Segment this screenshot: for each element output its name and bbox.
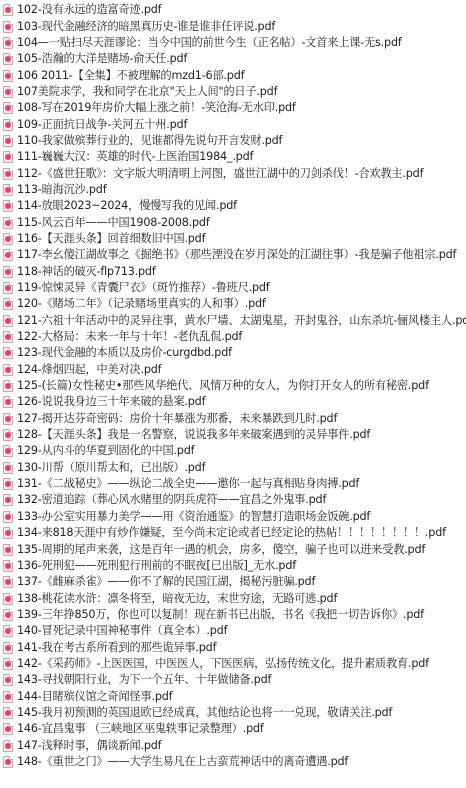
pdf-file-icon	[3, 217, 13, 229]
pdf-file-icon	[3, 102, 13, 114]
file-list-item[interactable]: 104—一贴扫尽天涯谬论：当今中国的前世今生（正名帖）-文首来上课-无s.pdf	[0, 35, 466, 51]
file-name: 104—一贴扫尽天涯谬论：当今中国的前世今生（正名帖）-文首来上课-无s.pdf	[17, 35, 402, 51]
pdf-file-icon	[3, 756, 13, 768]
file-list-item[interactable]: 117-李幺傻江湖故事之《掘绝书》（那些湮没在岁月深处的江湖往事）-我是骗子他祖…	[0, 247, 466, 263]
pdf-file-icon	[3, 135, 13, 147]
pdf-file-icon	[3, 593, 13, 605]
file-list-item[interactable]: 106 2011-【全集】不被理解的mzd1-6部.pdf	[0, 67, 466, 83]
file-list-item[interactable]: 115-风云百年——中国1908-2008.pdf	[0, 214, 466, 230]
file-list-item[interactable]: 109-正面抗日战争-关河五十州.pdf	[0, 116, 466, 132]
pdf-file-icon	[3, 740, 13, 752]
file-name: 141-我在考古系所看到的那些诡异事.pdf	[17, 640, 216, 656]
pdf-file-icon	[3, 86, 13, 98]
pdf-file-icon	[3, 249, 13, 261]
file-list-item[interactable]: 128-【天涯头条】我是一名警察，说说我多年来破案遇到的灵异事件.pdf	[0, 427, 466, 443]
file-list-item[interactable]: 107美院求学，我和同学在北京"天上人间"的日子.pdf	[0, 84, 466, 100]
file-list-item[interactable]: 135-周期的尾声来袭，这是百年一遇的机会，房多，傻空，骗子也可以进来受教.pd…	[0, 541, 466, 557]
file-list-item[interactable]: 137-《雌麻杀雀》——你不了解的民国江湖，揭秘污脏骗.pdf	[0, 574, 466, 590]
pdf-file-icon	[3, 347, 13, 359]
file-name: 102-没有永远的造富奇迹.pdf	[17, 2, 161, 18]
pdf-file-icon	[3, 266, 13, 278]
file-list: 102-没有永远的造富奇迹.pdf 103-现代金融经济的暗黑真历史-谁是谁非任…	[0, 2, 466, 770]
file-name: 136-死刑犯——死刑犯行刑前的不眠夜[已出版]_无水.pdf	[17, 558, 296, 574]
pdf-file-icon	[3, 233, 13, 245]
file-list-item[interactable]: 122-大格局：未来一年与十年！-老仇乱侃.pdf	[0, 329, 466, 345]
file-list-item[interactable]: 114-放眼2023~2024，慢慢写我的见闻.pdf	[0, 198, 466, 214]
pdf-file-icon	[3, 184, 13, 196]
file-name: 124-烽烟四起，中美对决.pdf	[17, 362, 161, 378]
file-list-item[interactable]: 134-来818天涯中有炒作嫌疑，至今尚未定论或者已经定论的热帖！！！！！！！！…	[0, 525, 466, 541]
file-name: 127-揭开达芬奇密码：房价十年暴涨为那番，未来暴跌到几时.pdf	[17, 411, 337, 427]
pdf-file-icon	[3, 4, 13, 16]
pdf-file-icon	[3, 544, 13, 556]
pdf-file-icon	[3, 527, 13, 539]
file-list-item[interactable]: 108-写在2019年房价大幅上涨之前！-笑沧海-无水印.pdf	[0, 100, 466, 116]
file-name: 144-目睹殡仪馆之奇闻怪事.pdf	[17, 689, 172, 705]
file-list-item[interactable]: 110-我家做殡葬行业的，见谁都得先说句开言发财.pdf	[0, 133, 466, 149]
file-list-item[interactable]: 102-没有永远的造富奇迹.pdf	[0, 2, 466, 18]
pdf-file-icon	[3, 413, 13, 425]
file-list-item[interactable]: 144-目睹殡仪馆之奇闻怪事.pdf	[0, 688, 466, 704]
file-list-item[interactable]: 131-《二战秘史》——纵论二战全史——邀你一起与真相贴身肉搏.pdf	[0, 476, 466, 492]
file-name: 103-现代金融经济的暗黑真历史-谁是谁非任评说.pdf	[17, 19, 275, 35]
file-name: 129-从内斗的华夏到固化的中国.pdf	[17, 443, 194, 459]
file-list-item[interactable]: 105-浩瀚的大洋是赌场-俞天任.pdf	[0, 51, 466, 67]
file-list-item[interactable]: 127-揭开达芬奇密码：房价十年暴涨为那番，未来暴跌到几时.pdf	[0, 411, 466, 427]
file-name: 111-巍巍大汉：英雄的时代-上医治国1984_.pdf	[17, 149, 253, 165]
pdf-file-icon	[3, 21, 13, 33]
file-list-item[interactable]: 118-神话的破灭-flp713.pdf	[0, 264, 466, 280]
file-list-item[interactable]: 111-巍巍大汉：英雄的时代-上医治国1984_.pdf	[0, 149, 466, 165]
pdf-file-icon	[3, 445, 13, 457]
pdf-file-icon	[3, 70, 13, 82]
file-list-item[interactable]: 126-说说我身边三十年来破的悬案.pdf	[0, 394, 466, 410]
file-list-item[interactable]: 136-死刑犯——死刑犯行刑前的不眠夜[已出版]_无水.pdf	[0, 558, 466, 574]
pdf-file-icon	[3, 396, 13, 408]
pdf-file-icon	[3, 511, 13, 523]
file-list-item[interactable]: 133-办公室实用暴力美学——用《资治通鉴》的智慧打造职场金饭碗.pdf	[0, 509, 466, 525]
pdf-file-icon	[3, 642, 13, 654]
pdf-file-icon	[3, 200, 13, 212]
file-list-item[interactable]: 116-【天涯头条】回首细数旧中国.pdf	[0, 231, 466, 247]
file-name: 130-川帮（原川帮太和，已出版）.pdf	[17, 460, 205, 476]
file-list-item[interactable]: 146-宜昌鬼事 （三峡地区巫鬼轶事记录整理）.pdf	[0, 721, 466, 737]
file-list-item[interactable]: 148-《重世之门》——大学生易凡在上古蛮荒神话中的离奇遭遇.pdf	[0, 754, 466, 770]
pdf-file-icon	[3, 380, 13, 392]
pdf-file-icon	[3, 609, 13, 621]
file-name: 125-(长篇)女性秘史•那些风华绝代、风情万种的女人，为你打开女人的所有秘密.…	[17, 378, 429, 394]
file-list-item[interactable]: 103-现代金融经济的暗黑真历史-谁是谁非任评说.pdf	[0, 18, 466, 34]
file-name: 121-六祖十年活动中的灵异往事，黄水尸墙、太湖鬼星，开封鬼谷，山东杀坑-俪风楼…	[17, 313, 466, 329]
pdf-file-icon	[3, 560, 13, 572]
file-list-item[interactable]: 139-三年挣850万，你也可以复制！现在新书已出版，书名《我把一切告诉你》.p…	[0, 607, 466, 623]
file-name: 147-浅释时事，偶谈新闻.pdf	[17, 738, 161, 754]
file-name: 116-【天涯头条】回首细数旧中国.pdf	[17, 231, 205, 247]
file-list-item[interactable]: 123-现代金融的本质以及房价-curgdbd.pdf	[0, 345, 466, 361]
pdf-file-icon	[3, 168, 13, 180]
file-name: 140-冒死记录中国神秘事件（真全本）.pdf	[17, 623, 227, 639]
file-list-item[interactable]: 124-烽烟四起，中美对决.pdf	[0, 362, 466, 378]
file-list-item[interactable]: 140-冒死记录中国神秘事件（真全本）.pdf	[0, 623, 466, 639]
file-list-item[interactable]: 130-川帮（原川帮太和，已出版）.pdf	[0, 460, 466, 476]
pdf-file-icon	[3, 625, 13, 637]
file-list-item[interactable]: 125-(长篇)女性秘史•那些风华绝代、风情万种的女人，为你打开女人的所有秘密.…	[0, 378, 466, 394]
file-list-item[interactable]: 112-《盛世狂歌》：文字版大明清明上河图，盛世江湖中的刀剑杀伐！-合欢教主.p…	[0, 165, 466, 181]
pdf-file-icon	[3, 576, 13, 588]
file-name: 114-放眼2023~2024，慢慢写我的见闻.pdf	[17, 198, 237, 214]
file-name: 110-我家做殡葬行业的，见谁都得先说句开言发财.pdf	[17, 133, 282, 149]
pdf-file-icon	[3, 658, 13, 670]
file-name: 128-【天涯头条】我是一名警察，说说我多年来破案遇到的灵异事件.pdf	[17, 427, 370, 443]
pdf-file-icon	[3, 315, 13, 327]
file-list-item[interactable]: 129-从内斗的华夏到固化的中国.pdf	[0, 443, 466, 459]
file-list-item[interactable]: 113-暗海沉沙.pdf	[0, 182, 466, 198]
file-name: 122-大格局：未来一年与十年！-老仇乱侃.pdf	[17, 329, 242, 345]
pdf-file-icon	[3, 298, 13, 310]
file-name: 134-来818天涯中有炒作嫌疑，至今尚未定论或者已经定论的热帖！！！！！！！！…	[17, 525, 446, 541]
pdf-file-icon	[3, 37, 13, 49]
file-name: 146-宜昌鬼事 （三峡地区巫鬼轶事记录整理）.pdf	[17, 721, 264, 737]
file-name: 143-寻找朝阳行业，为下一个五年、十年做储备.pdf	[17, 672, 271, 688]
pdf-file-icon	[3, 674, 13, 686]
pdf-file-icon	[3, 494, 13, 506]
file-list-item[interactable]: 120-《赌场二年》（记录赌场里真实的人和事）.pdf	[0, 296, 466, 312]
file-name: 119-惊悚灵异《青囊尸衣》（斑竹推荐）-鲁班尺.pdf	[17, 280, 270, 296]
file-list-item[interactable]: 121-六祖十年活动中的灵异往事，黄水尸墙、太湖鬼星，开封鬼谷，山东杀坑-俪风楼…	[0, 313, 466, 329]
file-name: 145-我月初预测的英国退欧已经成真，其他结论也将一一兑现，敬请关注.pdf	[17, 705, 392, 721]
pdf-file-icon	[3, 282, 13, 294]
file-list-item[interactable]: 141-我在考古系所看到的那些诡异事.pdf	[0, 639, 466, 655]
file-name: 108-写在2019年房价大幅上涨之前！-笑沧海-无水印.pdf	[17, 100, 296, 116]
file-name: 115-风云百年——中国1908-2008.pdf	[17, 215, 210, 231]
pdf-file-icon	[3, 151, 13, 163]
file-name: 105-浩瀚的大洋是赌场-俞天任.pdf	[17, 51, 187, 67]
file-name: 131-《二战秘史》——纵论二战全史——邀你一起与真相贴身肉搏.pdf	[17, 476, 359, 492]
file-name: 142-《采药师》-上医医国，中医医人，下医医病，弘扬传统文化，提升素质教育.p…	[17, 656, 429, 672]
file-name: 126-说说我身边三十年来破的悬案.pdf	[17, 394, 205, 410]
pdf-file-icon	[3, 723, 13, 735]
file-list-item[interactable]: 142-《采药师》-上医医国，中医医人，下医医病，弘扬传统文化，提升素质教育.p…	[0, 656, 466, 672]
file-name: 133-办公室实用暴力美学——用《资治通鉴》的智慧打造职场金饭碗.pdf	[17, 509, 370, 525]
pdf-file-icon	[3, 429, 13, 441]
file-name: 138-桃花读水浒：凛冬将至，暗夜无边，末世穷途，无路可逃.pdf	[17, 591, 337, 607]
file-list-item[interactable]: 145-我月初预测的英国退欧已经成真，其他结论也将一一兑现，敬请关注.pdf	[0, 705, 466, 721]
file-name: 117-李幺傻江湖故事之《掘绝书》（那些湮没在岁月深处的江湖往事）-我是骗子他祖…	[17, 247, 456, 263]
pdf-file-icon	[3, 53, 13, 65]
file-name: 120-《赌场二年》（记录赌场里真实的人和事）.pdf	[17, 296, 266, 312]
file-name: 118-神话的破灭-flp713.pdf	[17, 264, 156, 280]
pdf-file-icon	[3, 364, 13, 376]
pdf-file-icon	[3, 462, 13, 474]
file-name: 123-现代金融的本质以及房价-curgdbd.pdf	[17, 345, 232, 361]
file-list-item[interactable]: 119-惊悚灵异《青囊尸衣》（斑竹推荐）-鲁班尺.pdf	[0, 280, 466, 296]
file-list-item[interactable]: 138-桃花读水浒：凛冬将至，暗夜无边，末世穷途，无路可逃.pdf	[0, 590, 466, 606]
file-name: 135-周期的尾声来袭，这是百年一遇的机会，房多，傻空，骗子也可以进来受教.pd…	[17, 542, 425, 558]
file-name: 148-《重世之门》——大学生易凡在上古蛮荒神话中的离奇遭遇.pdf	[17, 754, 348, 770]
file-name: 106 2011-【全集】不被理解的mzd1-6部.pdf	[17, 68, 244, 84]
pdf-file-icon	[3, 707, 13, 719]
file-name: 139-三年挣850万，你也可以复制！现在新书已出版，书名《我把一切告诉你》.p…	[17, 607, 424, 623]
pdf-file-icon	[3, 119, 13, 131]
file-name: 137-《雌麻杀雀》——你不了解的民国江湖，揭秘污脏骗.pdf	[17, 574, 315, 590]
file-list-item[interactable]: 132-密道追踪（葬心风水赌里的阴兵虎符——宜昌之外鬼事.pdf	[0, 492, 466, 508]
pdf-file-icon	[3, 478, 13, 490]
file-name: 112-《盛世狂歌》：文字版大明清明上河图，盛世江湖中的刀剑杀伐！-合欢教主.p…	[17, 166, 423, 182]
file-list-item[interactable]: 147-浅释时事，偶谈新闻.pdf	[0, 737, 466, 753]
file-name: 107美院求学，我和同学在北京"天上人间"的日子.pdf	[17, 84, 277, 100]
file-list-item[interactable]: 143-寻找朝阳行业，为下一个五年、十年做储备.pdf	[0, 672, 466, 688]
pdf-file-icon	[3, 691, 13, 703]
file-name: 113-暗海沉沙.pdf	[17, 182, 106, 198]
file-name: 132-密道追踪（葬心风水赌里的阴兵虎符——宜昌之外鬼事.pdf	[17, 492, 326, 508]
file-name: 109-正面抗日战争-关河五十州.pdf	[17, 117, 187, 133]
pdf-file-icon	[3, 331, 13, 343]
